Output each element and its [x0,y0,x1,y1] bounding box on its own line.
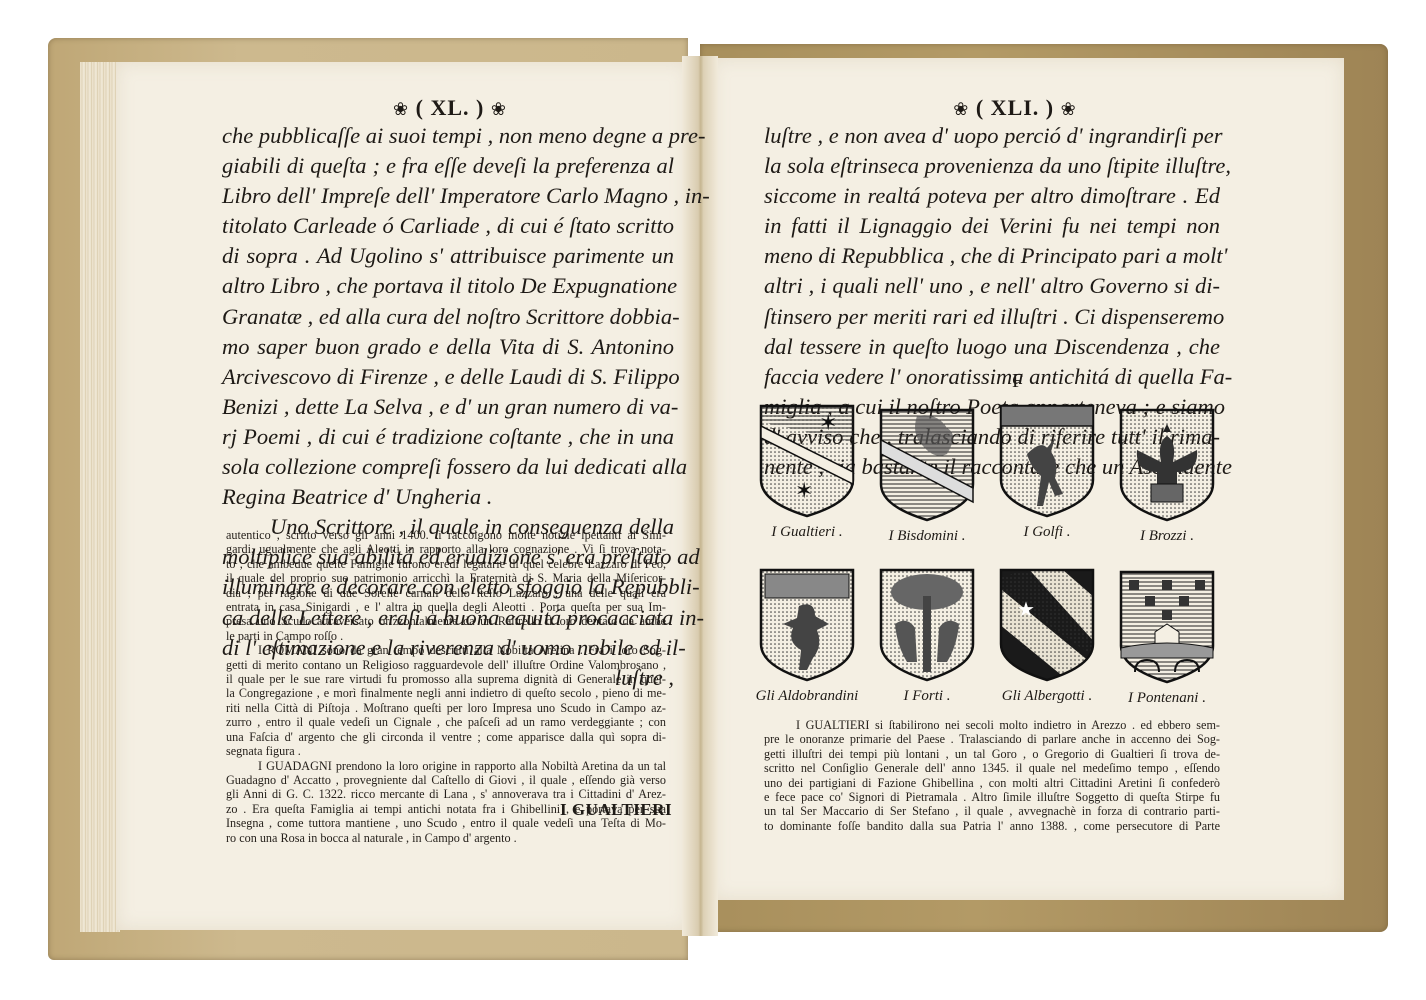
text-line: faccia vedere l' onoratissima antichitá … [764,362,1220,392]
coat-of-arms: ✶ ✶ I Gualtieri . [752,402,862,541]
fleuron-icon: ❀ [393,99,409,119]
text-line: Benizi , dette La Selva , e d' un gran n… [222,392,674,422]
note-line: riti nella Città di Piſtoja . Moſtrano q… [226,701,666,715]
note-line: ro con una Rosa in bocca al naturale , i… [226,831,666,845]
fleuron-icon: ❀ [1061,99,1077,119]
left-footnote-block: autentico , scritto verso gli anni 1400.… [226,528,666,845]
svg-text:✶: ✶ [795,478,813,503]
coat-of-arms: I Golfi . [992,402,1102,541]
note-line: uno dei partigiani di Fazione Ghibellina… [764,776,1220,790]
svg-text:✶: ✶ [819,410,837,435]
coat-of-arms: I Bisdomini . [872,406,982,545]
coat-caption: I Bisdomini . [872,528,982,545]
text-line: dal tessere in queſto luogo una Discende… [764,332,1220,362]
note-line: un tal Ser Maccario di Ser Stefano , il … [764,804,1220,818]
text-line: in fatti il Lignaggio dei Verini fu nei … [764,211,1220,241]
left-page-number: ❀ ( XL. ) ❀ [360,95,540,121]
catchword: I GUALTIERI [560,800,672,820]
text-line: siccome in realtá poteva per altro dimoſ… [764,181,1220,211]
text-line: giabili di queſta ; e fra eſſe deveſi la… [222,151,674,181]
fleuron-icon: ❀ [953,99,969,119]
text-line: altri , i quali nell' uno , e nell' altr… [764,271,1220,301]
coat-of-arms: I Forti . [872,566,982,705]
coat-caption: I Forti . [872,688,982,705]
text-line: Granatæ , ed alla cura del noſtro Scritt… [222,302,674,332]
page-stack-edges [80,62,120,932]
note-line: Guadagno d' Accatto , provegniente dal C… [226,773,666,787]
text-line: titolato Carleade ó Carliade , di cui é … [222,211,674,241]
shield-tree-lions-icon [877,566,977,684]
shield-bridge-house-icon [1117,568,1217,686]
note-line: to dominante foſſe bandito dalla sua Pat… [764,819,1220,833]
note-line: scritto nel Conſiglio Generale dell' ann… [764,761,1220,775]
coat-caption: I Pontenani . [1112,690,1222,707]
coat-of-arms: Gli Aldobrandini [752,566,862,705]
text-line: Arcivescovo di Firenze , e delle Laudi d… [222,362,674,392]
text-line: Regina Beatrice d' Ungheria . [222,482,674,512]
note-line: la Congregazione , e morì finalmente neg… [226,686,666,700]
note-line: le parti in Campo roſſo . [226,629,666,643]
shield-lion-rampant-icon [757,566,857,684]
text-line: la sola eſtrinseca provenienza da uno ſt… [764,151,1220,181]
note-line: una Faſcia d' argento che gli circonda i… [226,730,666,744]
note-line: il quale del proprio suo patrimonio arri… [226,571,666,585]
text-line: Libro dell' Impreſe dell' Imperatore Car… [222,181,674,211]
fleuron-icon: ❀ [491,99,507,119]
text-line: luſtre , e non avea d' uopo perció d' in… [764,121,1220,151]
text-line: che pubblicaſſe ai suoi tempi , non meno… [222,121,674,151]
note-line: I GUADAGNI prendono la loro origine in r… [226,759,666,773]
coat-caption: I Gualtieri . [752,524,862,541]
text-line: rj Poemi , di cui é tradizione coſtante … [222,422,674,452]
text-line: sola collezione compreſi fossero da lui … [222,452,674,482]
coat-of-arms: ★ Gli Albergotti . [992,566,1102,705]
note-line: getti di merito contano un Religioso rag… [226,658,666,672]
shield-bend-stars-icon: ✶ ✶ [757,402,857,520]
note-line: getti illuſtri dei tempi più lontani , u… [764,747,1220,761]
note-line: to , che ambedue queſte Famiglie furono … [226,557,666,571]
shield-lion-chequy-icon [877,406,977,524]
svg-text:★: ★ [1017,599,1035,621]
coat-caption: I Golfi . [992,524,1102,541]
coat-of-arms: I Pontenani . [1112,568,1222,707]
note-line: presa uno Scudo attraversato orizzontalm… [226,614,666,628]
text-line: di sopra . Ad Ugolino s' attribuisce par… [222,241,674,271]
text-line: altro Libro , che portava il titolo De E… [222,271,674,301]
shield-unicorn-icon [997,402,1097,520]
note-line: segnata figura . [226,744,666,758]
note-line: autentico , scritto verso gli anni 1400.… [226,528,666,542]
text-line: mo saper buon grado e della Vita di S. A… [222,332,674,362]
note-line: entrata in casa Sinigardi , e l' altra i… [226,600,666,614]
text-line: ſtinsero per meriti rari ed illuſtri . C… [764,302,1220,332]
right-page-number: ❀ ( XLI. ) ❀ [920,95,1110,121]
signature-mark: F [1012,370,1023,393]
note-line: dia , per ragione di due Sorelle carnali… [226,586,666,600]
note-line: zurro , entro il quale vedeſi un Cignale… [226,715,666,729]
note-line: gardi, ugualmente che agli Aleotti in ra… [226,542,666,556]
note-line: I GUALTIERI si ſtabilirono nei secoli mo… [764,718,1220,732]
shield-bendy-star-icon: ★ [997,566,1097,684]
coat-caption: I Brozzi . [1112,528,1222,545]
coat-caption: Gli Aldobrandini [752,688,862,705]
text-line: meno di Repubblica , che di Principato p… [764,241,1220,271]
coat-of-arms: I Brozzi . [1112,406,1222,545]
right-footnote-block: I GUALTIERI si ſtabilirono nei secoli mo… [764,718,1220,833]
note-line: il quale per le sue rare virtudi fu prom… [226,672,666,686]
shield-eagle-icon [1117,406,1217,524]
note-line: I ROMANI sono da gran tempo descritti al… [226,643,666,657]
note-line: pre le onoranze primarie del Paese . Tra… [764,732,1220,746]
coat-caption: Gli Albergotti . [992,688,1102,705]
note-line: e fece pace co' Signori di Pietramala . … [764,790,1220,804]
